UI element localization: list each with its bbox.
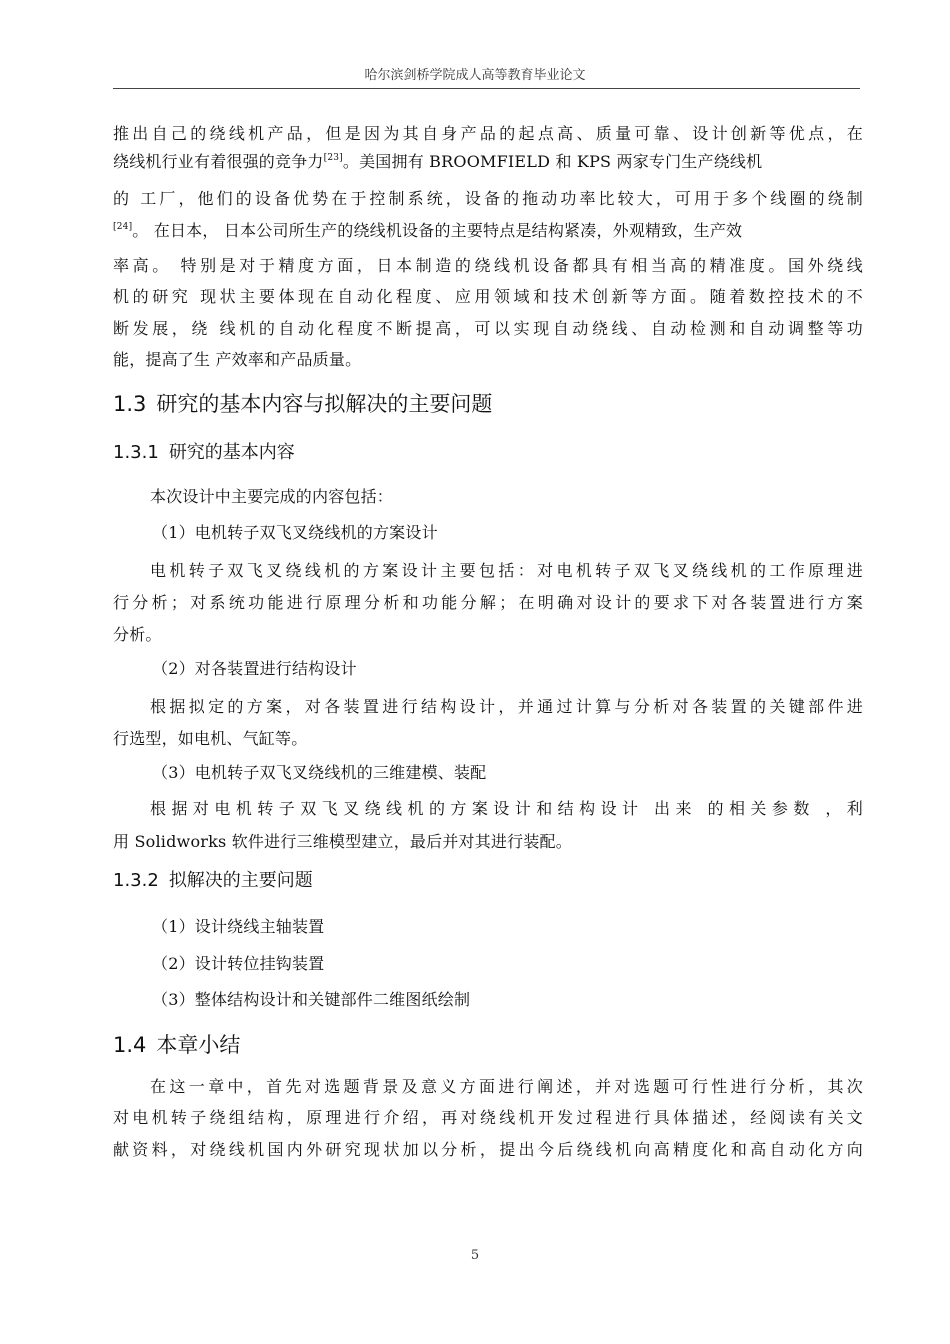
list-item-label: （2）对各装置进行结构设计: [152, 659, 902, 679]
text-line: 根据对电机转子双飞叉绕线机的方案设计和结构设计 出来 的相关参数 ，利: [150, 799, 863, 819]
section-number: 1.3: [113, 392, 146, 416]
section-heading-1-4: 1.4本章小结: [113, 1032, 240, 1058]
text-line: 能，提高了生 产效率和产品质量。: [113, 350, 863, 370]
header-title: 哈尔滨剑桥学院成人高等教育毕业论文: [0, 64, 950, 83]
text-line: 率高。 特别是对于精度方面，日本制造的绕线机设备都具有相当高的精准度。国外绕线: [113, 256, 863, 276]
text-line: 推出自己的绕线机产品，但是因为其自身产品的起点高、质量可靠、设计创新等优点，在: [113, 124, 863, 144]
section-title: 研究的基本内容: [169, 442, 295, 463]
citation-ref: [23]: [324, 153, 343, 163]
header-divider: [113, 88, 860, 89]
section-title: 拟解决的主要问题: [169, 870, 313, 891]
section-title: 本章小结: [156, 1033, 240, 1057]
section-title: 研究的基本内容与拟解决的主要问题: [156, 392, 492, 416]
section-heading-1-3-1: 1.3.1研究的基本内容: [113, 441, 295, 465]
text-line: 行选型，如电机、气缸等。: [113, 729, 863, 749]
section-number: 1.3.2: [113, 870, 159, 891]
page-number: 5: [0, 1248, 950, 1263]
section-heading-1-3-2: 1.3.2拟解决的主要问题: [113, 869, 313, 893]
intro-text: 本次设计中主要完成的内容包括：: [150, 487, 863, 507]
text-fragment: 绕线机行业有着很强的竞争力: [113, 152, 324, 171]
section-number: 1.3.1: [113, 442, 159, 463]
text-line: 电机转子双飞叉绕线机的方案设计主要包括：对电机转子双飞叉绕线机的工作原理进: [150, 561, 863, 581]
text-line: 用 Solidworks 软件进行三维模型建立，最后并对其进行装配。: [113, 832, 863, 852]
text-fragment: 。 在日本， 日本公司所生产的绕线机设备的主要特点是结构紧凑，外观精致，生产效: [132, 221, 742, 240]
list-item: （3）整体结构设计和关键部件二维图纸绘制: [152, 990, 902, 1010]
text-line: 断发展，绕 线机的自动化程度不断提高，可以实现自动绕线、自动检测和自动调整等功: [113, 319, 863, 339]
text-line: 分析。: [113, 625, 863, 645]
text-line: 行分析；对系统功能进行原理分析和功能分解；在明确对设计的要求下对各装置进行方案: [113, 593, 863, 613]
citation-ref: [24]: [113, 222, 132, 232]
text-fragment: 。美国拥有 BROOMFIELD 和 KPS 两家专门生产绕线机: [343, 152, 762, 171]
list-item: （1）设计绕线主轴装置: [152, 917, 902, 937]
text-line: 对电机转子绕组结构，原理进行介绍，再对绕线机开发过程进行具体描述，经阅读有关文: [113, 1108, 863, 1128]
section-number: 1.4: [113, 1033, 146, 1057]
text-line: 根据拟定的方案，对各装置进行结构设计，并通过计算与分析对各装置的关键部件进: [150, 697, 863, 717]
text-line: 献资料，对绕线机国内外研究现状加以分析，提出今后绕线机向高精度化和高自动化方向: [113, 1140, 863, 1160]
text-line: 绕线机行业有着很强的竞争力[23]。美国拥有 BROOMFIELD 和 KPS …: [113, 152, 863, 172]
text-line: 机的研究 现状主要体现在自动化程度、应用领域和技术创新等方面。随着数控技术的不: [113, 287, 863, 307]
list-item-label: （1）电机转子双飞叉绕线机的方案设计: [152, 523, 902, 543]
text-line: 的 工厂，他们的设备优势在于控制系统，设备的拖动功率比较大，可用于多个线圈的绕制: [113, 189, 863, 209]
section-heading-1-3: 1.3研究的基本内容与拟解决的主要问题: [113, 391, 492, 417]
text-line: [24]。 在日本， 日本公司所生产的绕线机设备的主要特点是结构紧凑，外观精致，…: [113, 221, 863, 241]
list-item-label: （3）电机转子双飞叉绕线机的三维建模、装配: [152, 763, 902, 783]
text-line: 在这一章中，首先对选题背景及意义方面进行阐述，并对选题可行性进行分析，其次: [150, 1077, 863, 1097]
list-item: （2）设计转位挂钩装置: [152, 954, 902, 974]
